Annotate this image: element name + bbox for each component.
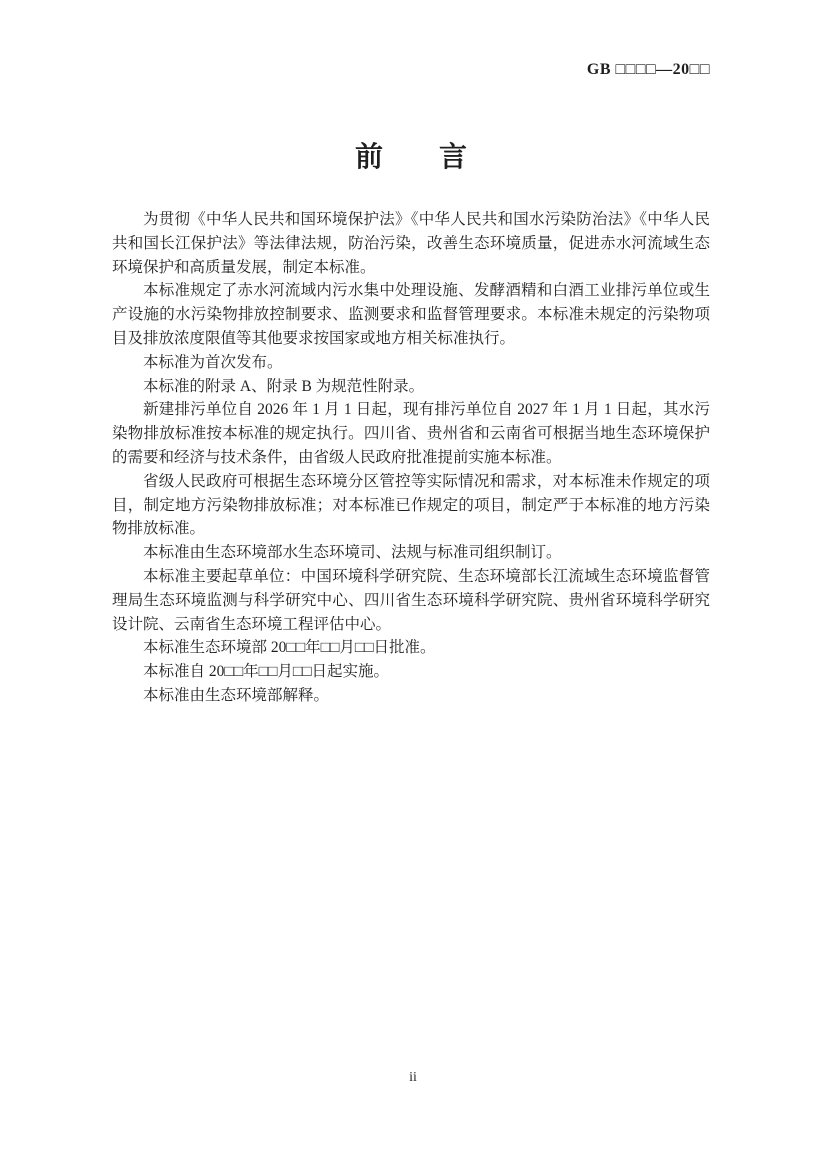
page-number: ii <box>0 1070 826 1086</box>
paragraph-organizers: 本标准由生态环境部水生态环境司、法规与标准司组织制订。 <box>112 541 710 565</box>
paragraph-scope: 本标准规定了赤水河流域内污水集中处理设施、发酵酒精和白酒工业排污单位或生产设施的… <box>112 279 710 350</box>
paragraph-implementation: 新建排污单位自 2026 年 1 月 1 日起，现有排污单位自 2027 年 1… <box>112 398 710 469</box>
paragraph-approval-date: 本标准生态环境部 20□□年□□月□□日批准。 <box>112 636 710 660</box>
page-title: 前 言 <box>112 142 710 174</box>
paragraph-interpretation: 本标准由生态环境部解释。 <box>112 684 710 708</box>
paragraph-purpose: 为贯彻《中华人民共和国环境保护法》《中华人民共和国水污染防治法》《中华人民共和国… <box>112 208 710 279</box>
standard-number-header: GB □□□□—20□□ <box>112 60 710 80</box>
paragraph-effective-date: 本标准自 20□□年□□月□□日起实施。 <box>112 660 710 684</box>
paragraph-first-release: 本标准为首次发布。 <box>112 351 710 375</box>
paragraph-drafting-units: 本标准主要起草单位：中国环境科学研究院、生态环境部长江流域生态环境监督管理局生态… <box>112 565 710 636</box>
paragraph-local-standards: 省级人民政府可根据生态环境分区管控等实际情况和需求，对本标准未作规定的项目，制定… <box>112 470 710 541</box>
paragraph-annexes: 本标准的附录 A、附录 B 为规范性附录。 <box>112 375 710 399</box>
document-page: GB □□□□—20□□ 前 言 为贯彻《中华人民共和国环境保护法》《中华人民共… <box>0 0 826 1169</box>
foreword-body: 为贯彻《中华人民共和国环境保护法》《中华人民共和国水污染防治法》《中华人民共和国… <box>112 208 710 708</box>
